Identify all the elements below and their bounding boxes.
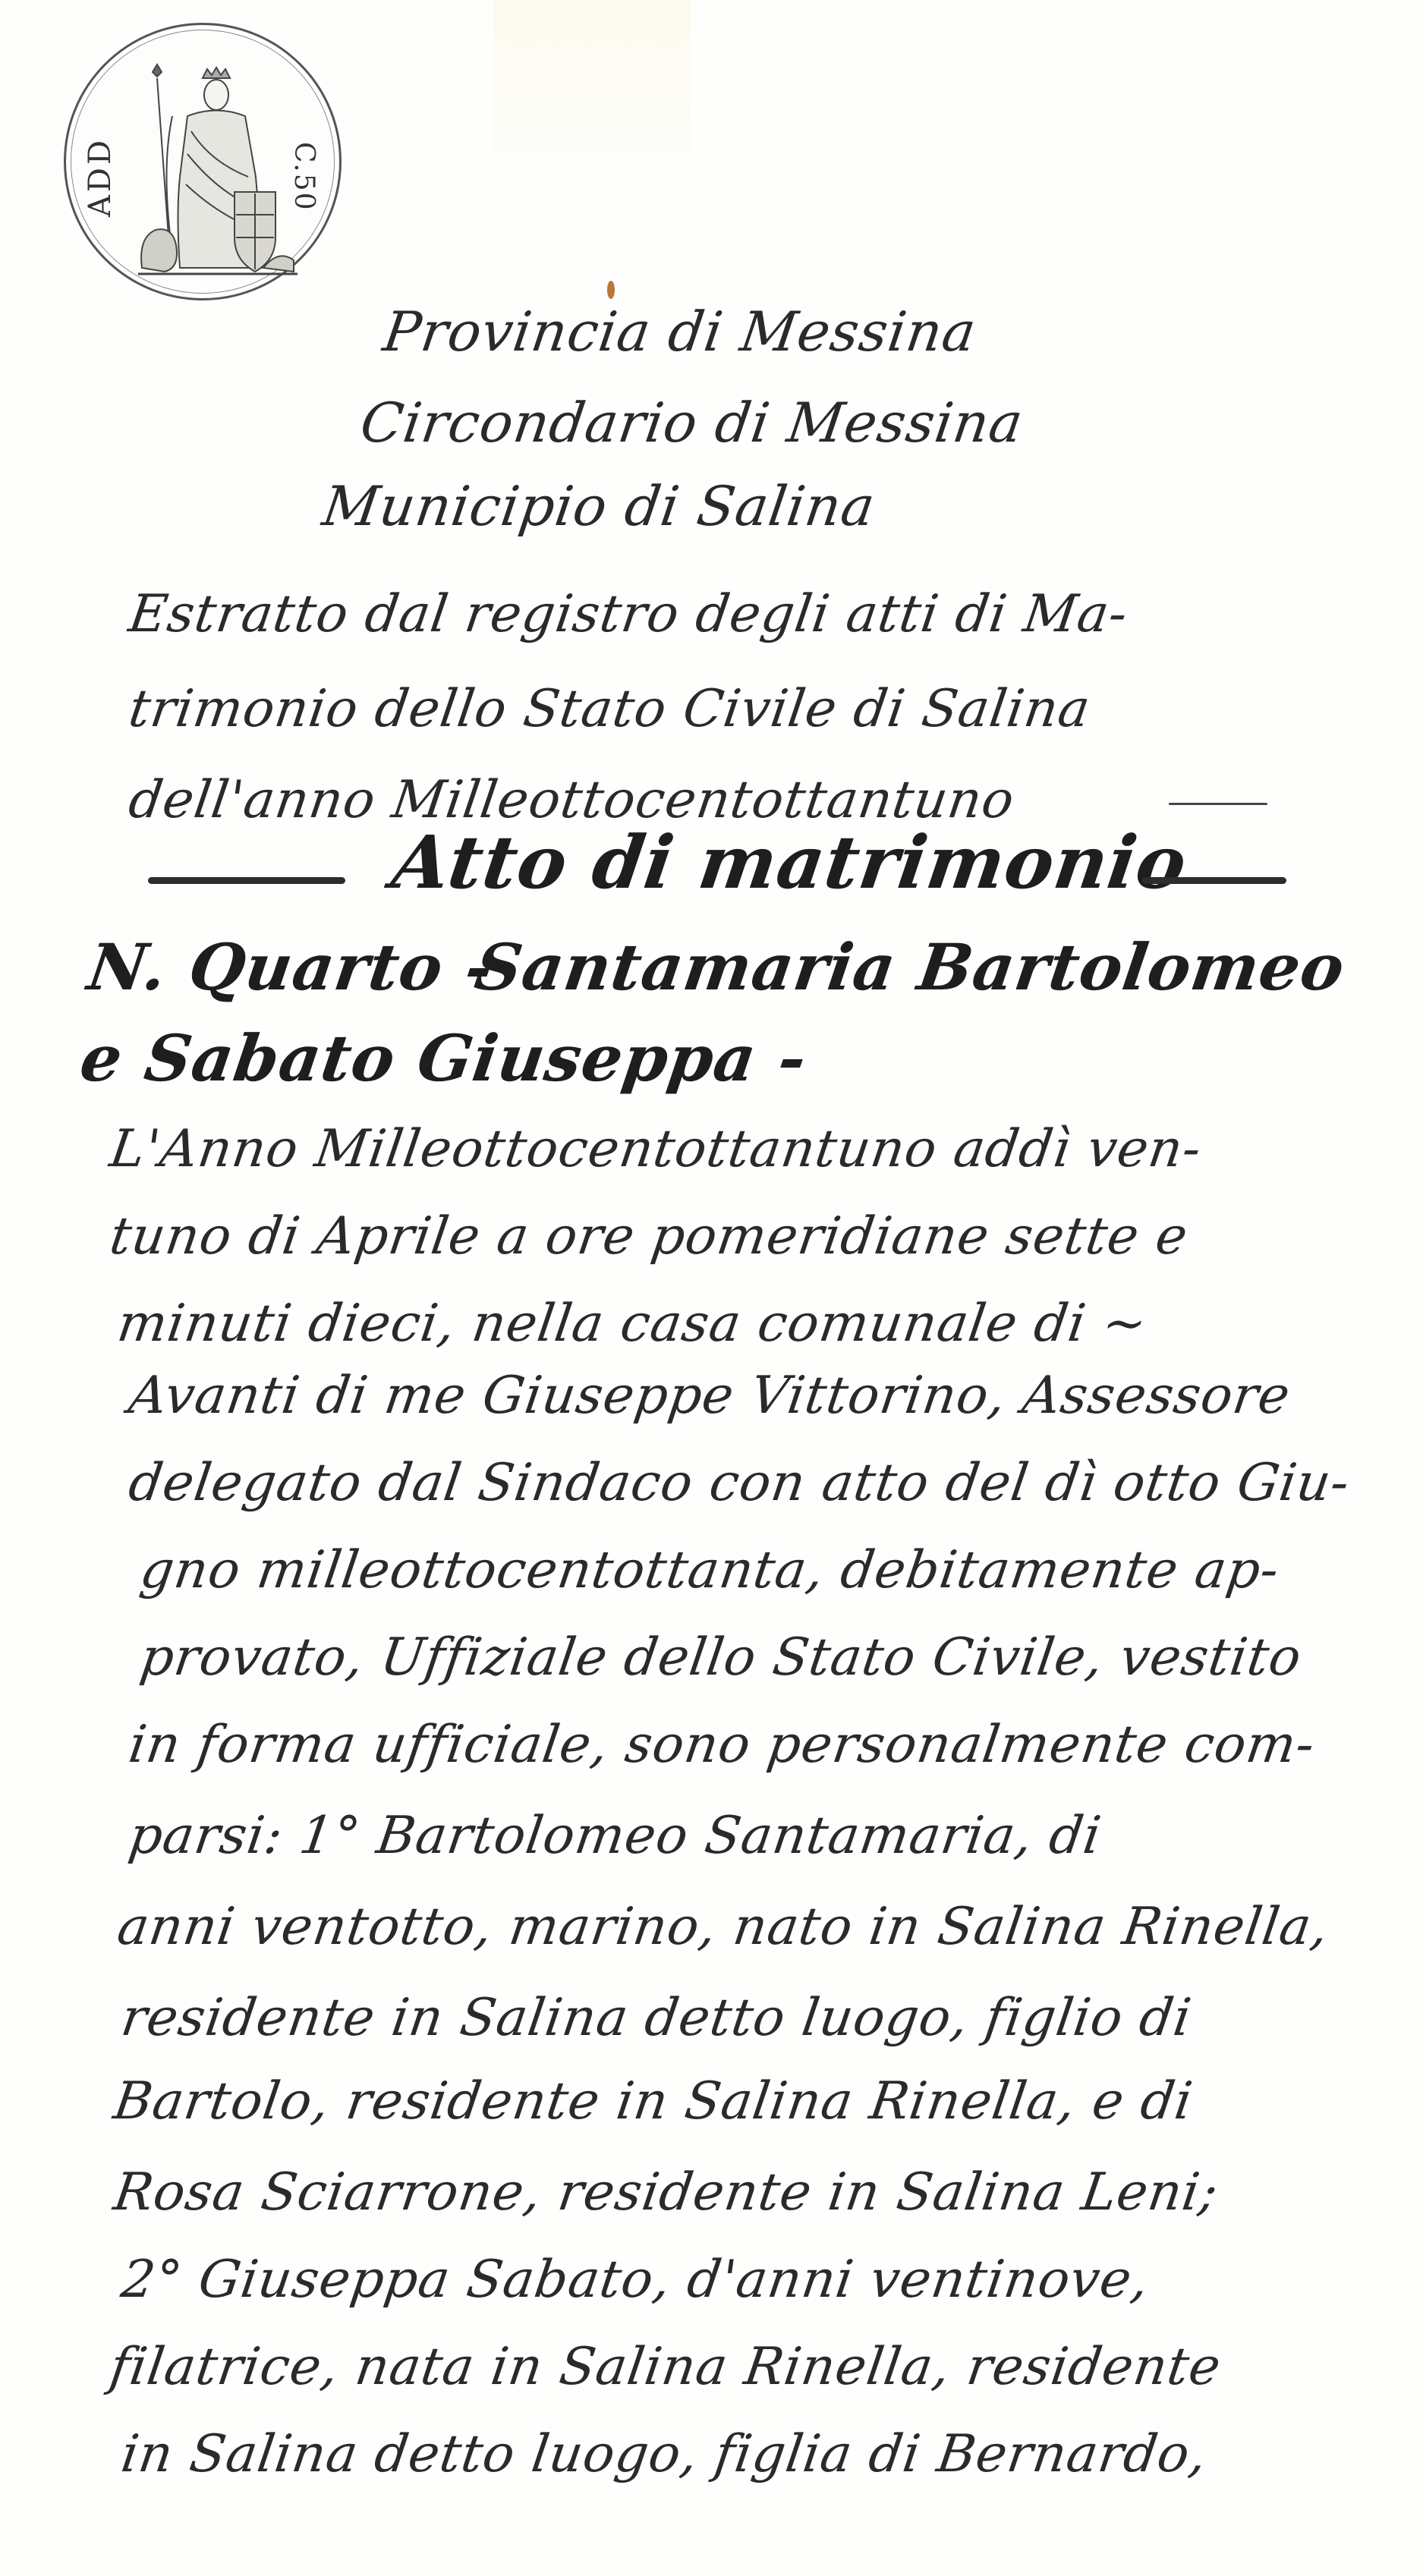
body-line-10: anni ventotto, marino, nato in Salina Ri… xyxy=(114,1897,1333,1957)
extract-line-2: trimonio dello Stato Civile di Salina xyxy=(125,679,1094,739)
line-filler-flourish xyxy=(1169,803,1267,805)
body-line-13: Rosa Sciarrone, residente in Salina Leni… xyxy=(110,2162,1222,2222)
document-title: Atto di matrimonio xyxy=(387,819,1192,905)
body-line-7: provato, Uffiziale dello Stato Civile, v… xyxy=(137,1628,1305,1687)
groom-name-heading: Santamaria Bartolomeo xyxy=(471,929,1349,1005)
stamp-left-text: ADD xyxy=(83,116,113,237)
body-line-12: Bartolo, residente in Salina Rinella, e … xyxy=(110,2071,1197,2131)
district-line: Circondario di Messina xyxy=(357,391,1028,454)
body-line-3: minuti dieci, nella casa comunale di ~ xyxy=(114,1294,1151,1354)
body-line-11: residente in Salina detto luogo, figlio … xyxy=(118,1988,1195,2048)
body-line-2: tuno di Aprile a ore pomeridiane sette e xyxy=(106,1206,1192,1266)
ink-spot xyxy=(607,281,615,299)
province-line: Provincia di Messina xyxy=(379,300,981,363)
paper-stain xyxy=(493,0,691,228)
body-line-14: 2° Giuseppa Sabato, d'anni ventinove, xyxy=(118,2250,1153,2310)
body-line-1: L'Anno Milleottocentottantuno addì ven- xyxy=(106,1119,1205,1179)
extract-line-1: Estratto dal registro degli atti di Ma- xyxy=(125,584,1132,644)
body-line-9: parsi: 1° Bartolomeo Santamaria, di xyxy=(125,1806,1105,1866)
municipality-line: Municipio di Salina xyxy=(319,474,880,538)
body-line-8: in forma ufficiale, sono personalmente c… xyxy=(125,1715,1319,1775)
record-number: N. Quarto - xyxy=(83,929,499,1005)
title-right-rule xyxy=(1142,877,1286,884)
body-line-15: filatrice, nata in Salina Rinella, resid… xyxy=(106,2337,1225,2397)
body-line-6: gno milleottocentottanta, debitamente ap… xyxy=(137,1540,1283,1600)
body-line-5: delegato dal Sindaco con atto del dì ott… xyxy=(125,1453,1353,1513)
body-line-16: in Salina detto luogo, figlia di Bernard… xyxy=(118,2424,1211,2484)
title-left-rule xyxy=(148,877,345,884)
document-page: ADD C.50 Provincia di Messina Circondari… xyxy=(0,0,1423,2576)
bride-name-heading: e Sabato Giuseppa - xyxy=(76,1021,811,1096)
stamp-value-text: C.50 xyxy=(289,124,320,230)
body-line-4: Avanti di me Giuseppe Vittorino, Assesso… xyxy=(125,1366,1294,1426)
revenue-stamp: ADD C.50 xyxy=(64,23,342,300)
